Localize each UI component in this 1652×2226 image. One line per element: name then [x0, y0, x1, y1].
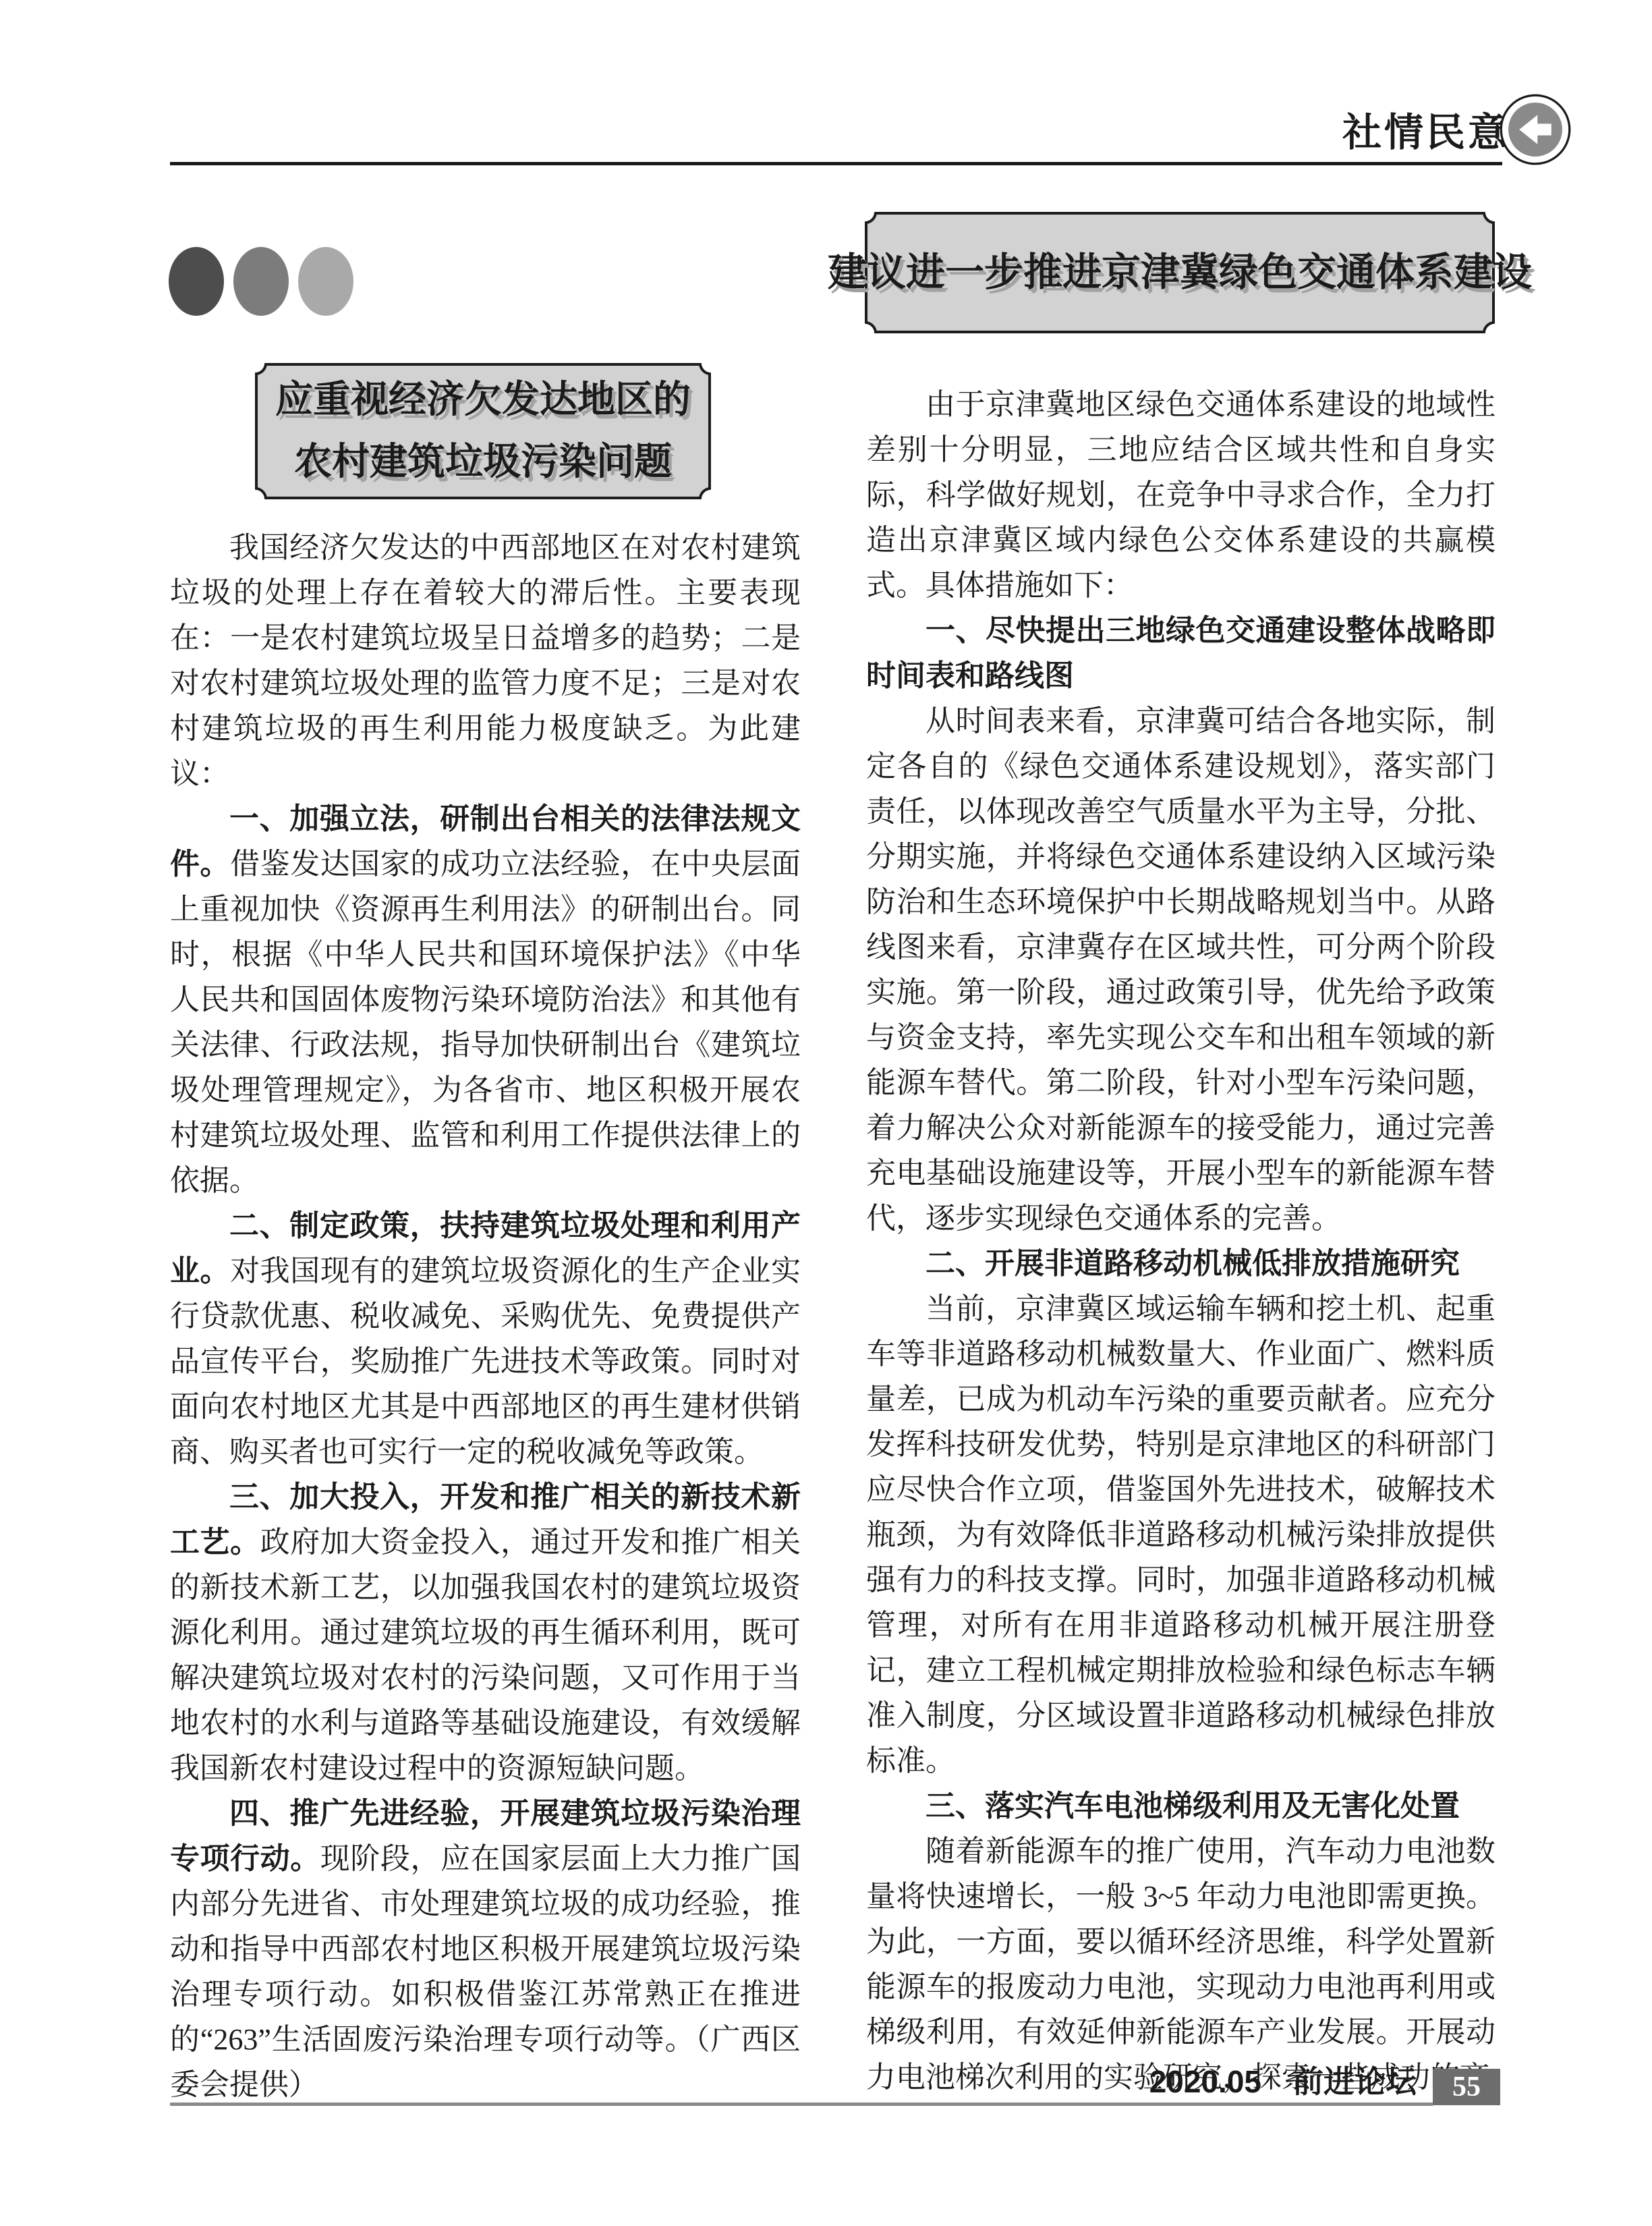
- left-article-body: 我国经济欠发达的中西部地区在对农村建筑垃圾的处理上存在着较大的滞后性。主要表现在…: [170, 525, 801, 2107]
- right-article-title: 建议进一步推进京津冀绿色交通体系建设: [828, 249, 1532, 296]
- decorative-dot: [233, 247, 289, 316]
- section-label: 社情民意: [1342, 112, 1484, 154]
- bold-run: 三、落实汽车电池梯级利用及无害化处置: [925, 1789, 1460, 1822]
- footer-text: 2020.05 前进论坛: [170, 2062, 1417, 2101]
- right-article-title-box: 建议进一步推进京津冀绿色交通体系建设: [865, 212, 1495, 333]
- footer-issue-date: 2020.05: [1149, 2062, 1261, 2101]
- left-article-title-box: 应重视经济欠发达地区的 农村建筑垃圾污染问题: [255, 363, 711, 499]
- text-run: 随着新能源车的推广使用，汽车动力电池数量将快速增长，一般 3~5 年动力电池即需…: [866, 1835, 1496, 2094]
- body-paragraph: 由于京津冀地区绿色交通体系建设的地域性差别十分明显，三地应结合区域共性和自身实际…: [866, 382, 1496, 608]
- section-heading-paragraph: 三、落实汽车电池梯级利用及无害化处置: [866, 1783, 1496, 1829]
- text-run: 对我国现有的建筑垃圾资源化的生产企业实行贷款优惠、税收减免、采购优先、免费提供产…: [170, 1254, 801, 1468]
- footer-rule: [170, 2103, 1433, 2106]
- section-heading-paragraph: 二、开展非道路移动机械低排放措施研究: [866, 1241, 1496, 1286]
- magazine-page: 社情民意 应重视经济欠发达地区的 农村建筑垃圾污染问题 我国经济欠发达的中西部地…: [0, 0, 1652, 2226]
- body-paragraph: 我国经济欠发达的中西部地区在对农村建筑垃圾的处理上存在着较大的滞后性。主要表现在…: [170, 525, 801, 796]
- bold-run: 一、尽快提出三地绿色交通建设整体战略即时间表和路线图: [866, 614, 1496, 692]
- section-heading-paragraph: 一、尽快提出三地绿色交通建设整体战略即时间表和路线图: [866, 608, 1496, 698]
- body-paragraph: 二、制定政策，扶持建筑垃圾处理和利用产业。对我国现有的建筑垃圾资源化的生产企业实…: [170, 1203, 801, 1474]
- text-run: 借鉴发达国家的成功立法经验，在中央层面上重视加快《资源再生利用法》的研制出台。同…: [170, 847, 801, 1197]
- text-run: 政府加大资金投入，通过开发和推广相关的新技术新工艺，以加强我国农村的建筑垃圾资源…: [170, 1526, 801, 1785]
- body-paragraph: 从时间表来看，京津冀可结合各地实际，制定各自的《绿色交通体系建设规划》，落实部门…: [866, 698, 1496, 1241]
- body-paragraph: 四、推广先进经验，开展建筑垃圾污染治理专项行动。现阶段，应在国家层面上大力推广国…: [170, 1791, 801, 2107]
- text-run: 当前，京津冀区域运输车辆和挖土机、起重车等非道路移动机械数量大、作业面广、燃料质…: [866, 1292, 1496, 1777]
- body-paragraph: 三、加大投入，开发和推广相关的新技术新工艺。政府加大资金投入，通过开发和推广相关…: [170, 1474, 801, 1791]
- right-article-body: 由于京津冀地区绿色交通体系建设的地域性差别十分明显，三地应结合区域共性和自身实际…: [866, 382, 1496, 2100]
- decorative-dot: [298, 247, 353, 316]
- text-run: 从时间表来看，京津冀可结合各地实际，制定各自的《绿色交通体系建设规划》，落实部门…: [866, 704, 1496, 1235]
- body-paragraph: 当前，京津冀区域运输车辆和挖土机、起重车等非道路移动机械数量大、作业面广、燃料质…: [866, 1286, 1496, 1783]
- body-paragraph: 随着新能源车的推广使用，汽车动力电池数量将快速增长，一般 3~5 年动力电池即需…: [866, 1829, 1496, 2100]
- decorative-dot: [169, 247, 224, 316]
- footer-magazine-name: 前进论坛: [1292, 2062, 1417, 2101]
- body-paragraph: 一、加强立法，研制出台相关的法律法规文件。借鉴发达国家的成功立法经验，在中央层面…: [170, 796, 801, 1203]
- text-run: 由于京津冀地区绿色交通体系建设的地域性差别十分明显，三地应结合区域共性和自身实际…: [866, 388, 1496, 602]
- back-arrow-icon: [1499, 93, 1572, 166]
- text-run: 我国经济欠发达的中西部地区在对农村建筑垃圾的处理上存在着较大的滞后性。主要表现在…: [170, 531, 801, 790]
- page-number-badge: 55: [1433, 2069, 1500, 2105]
- bold-run: 二、开展非道路移动机械低排放措施研究: [925, 1247, 1460, 1280]
- header-rule: [170, 162, 1502, 165]
- left-article-title-line2: 农村建筑垃圾污染问题: [294, 431, 672, 493]
- left-article-title-line1: 应重视经济欠发达地区的: [275, 369, 691, 431]
